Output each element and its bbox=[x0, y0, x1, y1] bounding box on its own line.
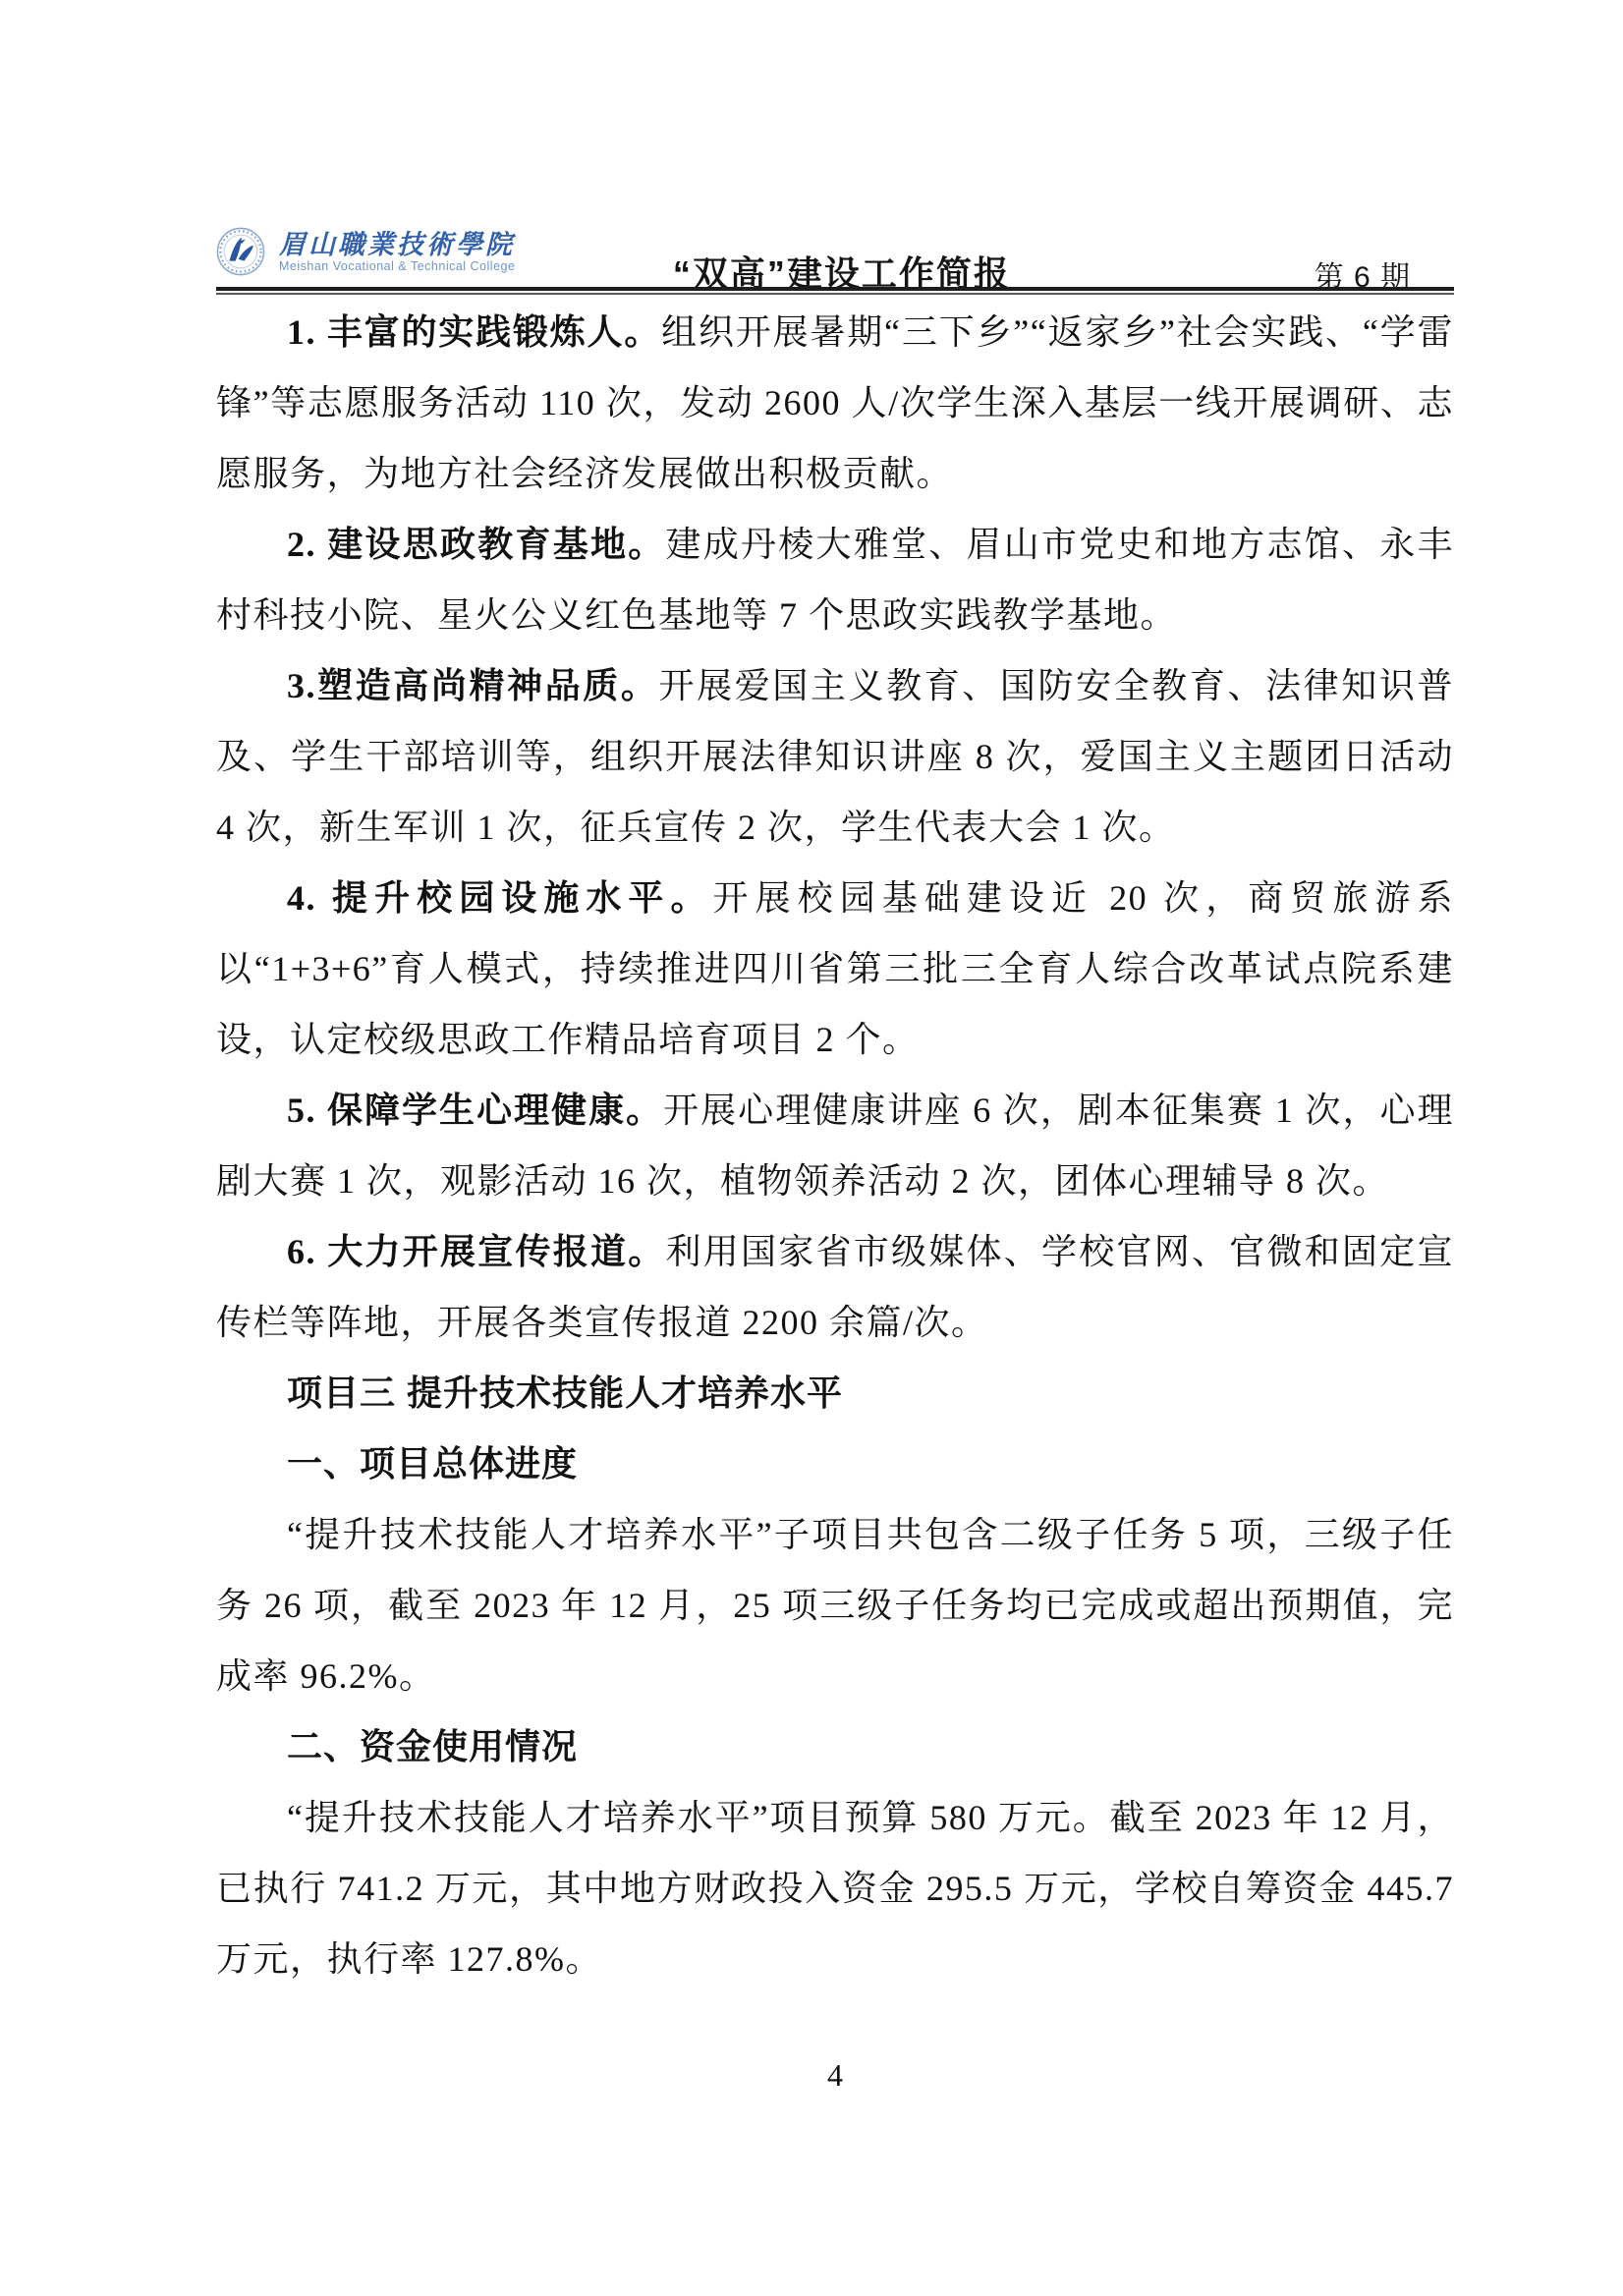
header-divider-rule bbox=[216, 287, 1454, 295]
paragraph-7-text: “提升技术技能人才培养水平”子项目共包含二级子任务 5 项，三级子任务 26 项… bbox=[216, 1515, 1454, 1696]
heading-fund-usage: 二、资金使用情况 bbox=[216, 1711, 1454, 1782]
paragraph-2: 2. 建设思政教育基地。建成丹棱大雅堂、眉山市党史和地方志馆、永丰村科技小院、星… bbox=[216, 509, 1454, 650]
paragraph-1: 1. 丰富的实践锻炼人。组织开展暑期“三下乡”“返家乡”社会实践、“学雷锋”等志… bbox=[216, 297, 1454, 509]
heading-project-three: 项目三 提升技术技能人才培养水平 bbox=[216, 1358, 1454, 1428]
document-page: 眉山職業技術學院 Meishan Vocational & Technical … bbox=[0, 0, 1623, 2296]
paragraph-4-lead: 4. 提升校园设施水平。 bbox=[287, 878, 713, 918]
paragraph-3-lead: 3.塑造高尚精神品质。 bbox=[287, 666, 659, 705]
college-logo: 眉山職業技術學院 Meishan Vocational & Technical … bbox=[216, 227, 515, 281]
page-header: 眉山職業技術學院 Meishan Vocational & Technical … bbox=[216, 221, 1454, 290]
paragraph-5-lead: 5. 保障学生心理健康。 bbox=[287, 1091, 663, 1130]
page-number: 4 bbox=[216, 2055, 1454, 2095]
paragraph-8-text: “提升技术技能人才培养水平”项目预算 580 万元。截至 2023 年 12 月… bbox=[216, 1798, 1454, 1979]
paragraph-1-lead: 1. 丰富的实践锻炼人。 bbox=[287, 312, 661, 352]
college-name-en: Meishan Vocational & Technical College bbox=[279, 259, 515, 274]
paragraph-6: 6. 大力开展宣传报道。利用国家省市级媒体、学校官网、官微和固定宣传栏等阵地，开… bbox=[216, 1216, 1454, 1358]
paragraph-5: 5. 保障学生心理健康。开展心理健康讲座 6 次，剧本征集赛 1 次，心理剧大赛… bbox=[216, 1075, 1454, 1216]
college-seal-icon bbox=[216, 227, 265, 281]
heading-overall-progress: 一、项目总体进度 bbox=[216, 1428, 1454, 1499]
paragraph-8: “提升技术技能人才培养水平”项目预算 580 万元。截至 2023 年 12 月… bbox=[216, 1782, 1454, 1994]
paragraph-6-lead: 6. 大力开展宣传报道。 bbox=[287, 1232, 666, 1271]
paragraph-2-lead: 2. 建设思政教育基地。 bbox=[287, 525, 666, 564]
document-body: 1. 丰富的实践锻炼人。组织开展暑期“三下乡”“返家乡”社会实践、“学雷锋”等志… bbox=[216, 297, 1454, 1994]
paragraph-3: 3.塑造高尚精神品质。开展爱国主义教育、国防安全教育、法律知识普及、学生干部培训… bbox=[216, 650, 1454, 863]
college-logo-text: 眉山職業技術學院 Meishan Vocational & Technical … bbox=[279, 227, 515, 274]
paragraph-7: “提升技术技能人才培养水平”子项目共包含二级子任务 5 项，三级子任务 26 项… bbox=[216, 1499, 1454, 1711]
paragraph-4: 4. 提升校园设施水平。开展校园基础建设近 20 次，商贸旅游系以“1+3+6”… bbox=[216, 863, 1454, 1075]
college-name-zh: 眉山職業技術學院 bbox=[279, 230, 515, 259]
